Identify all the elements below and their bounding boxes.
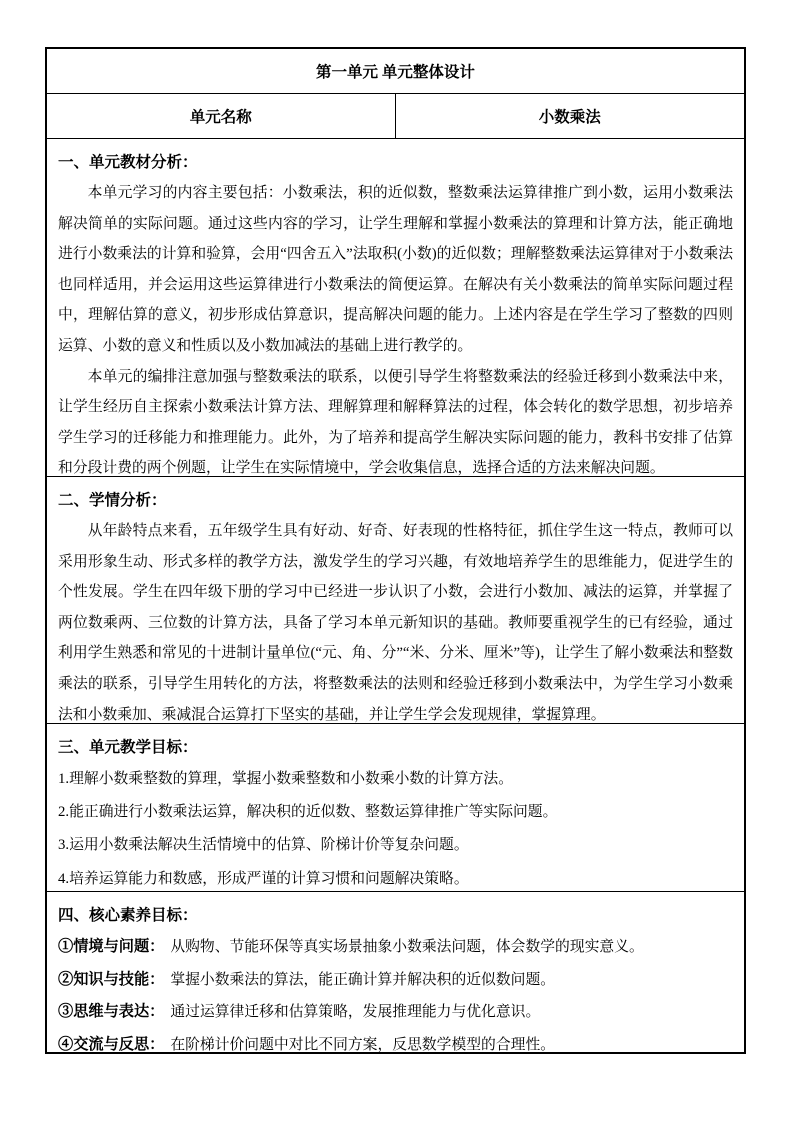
core-goal-text: 从购物、节能环保等真实场景抽象小数乘法问题，体会数学的现实意义。 — [170, 939, 644, 955]
unit-name-row: 单元名称 小数乘法 — [47, 94, 744, 139]
unit-name-value-cell: 小数乘法 — [396, 94, 745, 138]
unit-design-table: 第一单元 单元整体设计 单元名称 小数乘法 一、单元教材分析： 本单元学习的内容… — [45, 47, 746, 1054]
unit-name-label: 单元名称 — [190, 105, 252, 127]
core-goal-label: ①情境与问题： — [58, 938, 164, 955]
table-title: 第一单元 单元整体设计 — [316, 60, 475, 82]
learner-paragraph: 从年龄特点来看，五年级学生具有好动、好奇、好表现的性格特征，抓住学生这一特点，教… — [58, 516, 733, 724]
section-core-competency-goals: 四、核心素养目标： ①情境与问题：从购物、节能环保等真实场景抽象小数乘法问题，体… — [47, 892, 744, 1052]
core-goal-label: ②知识与技能： — [58, 971, 164, 988]
section-heading: 三、单元教学目标： — [58, 733, 733, 763]
analysis-paragraph: 本单元的编排注意加强与整数乘法的联系，以便引导学生将整数乘法的经验迁移到小数乘法… — [58, 362, 733, 477]
section-heading: 四、核心素养目标： — [58, 901, 733, 931]
section-teaching-goals: 三、单元教学目标： 1.理解小数乘整数的算理，掌握小数乘整数和小数乘小数的计算方… — [47, 724, 744, 892]
core-goal-text: 掌握小数乘法的算法，能正确计算并解决积的近似数问题。 — [170, 972, 555, 988]
unit-name-value: 小数乘法 — [539, 105, 601, 127]
section-heading: 一、单元教材分析： — [58, 148, 733, 178]
analysis-paragraph: 本单元学习的内容主要包括：小数乘法，积的近似数，整数乘法运算律推广到小数，运用小… — [58, 178, 733, 362]
teaching-goal-item: 4.培养运算能力和数感，形成严谨的计算习惯和问题解决策略。 — [58, 863, 733, 892]
core-goal-label: ④交流与反思： — [58, 1036, 164, 1052]
section-heading: 二、学情分析： — [58, 486, 733, 516]
teaching-goal-item: 3.运用小数乘法解决生活情境中的估算、阶梯计价等复杂问题。 — [58, 829, 733, 862]
document-page: 第一单元 单元整体设计 单元名称 小数乘法 一、单元教材分析： 本单元学习的内容… — [0, 0, 793, 1122]
core-goal-item: ②知识与技能：掌握小数乘法的算法，能正确计算并解决积的近似数问题。 — [58, 964, 733, 997]
core-goal-text: 通过运算律迁移和估算策略，发展推理能力与优化意识。 — [170, 1004, 540, 1020]
core-goal-text: 在阶梯计价问题中对比不同方案，反思数学模型的合理性。 — [170, 1037, 555, 1052]
core-goal-item: ①情境与问题：从购物、节能环保等真实场景抽象小数乘法问题，体会数学的现实意义。 — [58, 931, 733, 964]
core-goal-item: ④交流与反思：在阶梯计价问题中对比不同方案，反思数学模型的合理性。 — [58, 1029, 733, 1052]
unit-name-label-cell: 单元名称 — [47, 94, 396, 138]
core-goal-item: ③思维与表达：通过运算律迁移和估算策略，发展推理能力与优化意识。 — [58, 996, 733, 1029]
core-goal-label: ③思维与表达： — [58, 1003, 164, 1020]
section-learner-analysis: 二、学情分析： 从年龄特点来看，五年级学生具有好动、好奇、好表现的性格特征，抓住… — [47, 477, 744, 724]
teaching-goal-item: 1.理解小数乘整数的算理，掌握小数乘整数和小数乘小数的计算方法。 — [58, 763, 733, 796]
teaching-goal-item: 2.能正确进行小数乘法运算，解决积的近似数、整数运算律推广等实际问题。 — [58, 796, 733, 829]
section-textbook-analysis: 一、单元教材分析： 本单元学习的内容主要包括：小数乘法，积的近似数，整数乘法运算… — [47, 139, 744, 477]
table-title-row: 第一单元 单元整体设计 — [47, 49, 744, 94]
